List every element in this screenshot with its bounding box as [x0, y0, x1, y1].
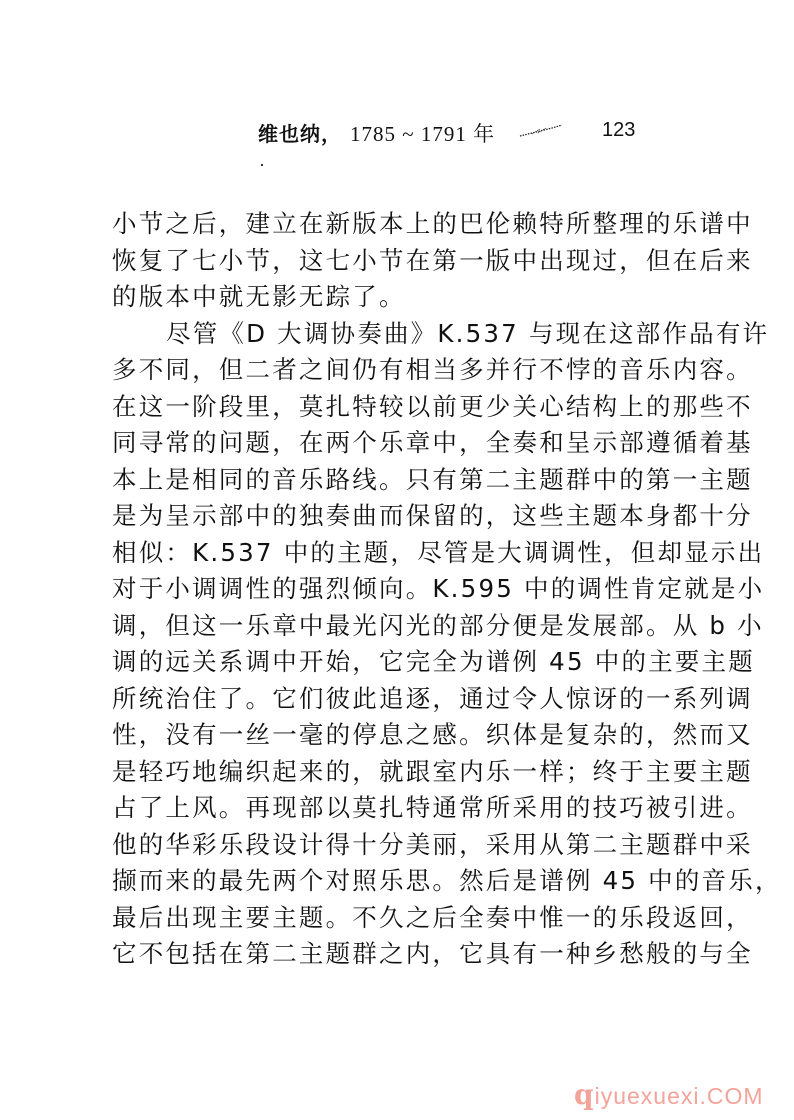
stray-dot-mark	[261, 164, 263, 166]
text-line: 它不包括在第二主题群之内，它具有一种乡愁般的与全	[112, 936, 686, 973]
text-line: 占了上风。再现部以莫扎特通常所采用的技巧被引进。	[112, 790, 686, 827]
text-line: 在这一阶段里，莫扎特较以前更少关心结构上的那些不	[112, 389, 686, 426]
paragraph-first-line: 尽管《D 大调协奏曲》K.537 与现在这部作品有许	[112, 316, 686, 353]
body-text: 小节之后，建立在新版本上的巴伦赖特所整理的乐谱中 恢复了七小节，这七小节在第一版…	[112, 206, 686, 973]
watermark-text: iyuexuexi.COM	[595, 1083, 764, 1109]
text-line: 所统治住了。它们彼此追逐，通过令人惊讶的一系列调	[112, 681, 686, 718]
text-line: 同寻常的问题，在两个乐章中，全奏和呈示部遵循着基	[112, 425, 686, 462]
running-title-years: 1785 ~ 1791 年	[350, 122, 495, 146]
text-line: 最后出现主要主题。不久之后全奏中惟一的乐段返回，	[112, 900, 686, 937]
text-line: 对于小调调性的强烈倾向。K.595 中的调性肯定就是小	[112, 571, 686, 608]
site-watermark: qiyuexuexi.COM	[574, 1078, 764, 1111]
text-line: 的版本中就无影无踪了。	[112, 279, 686, 316]
watermark-q-glyph: q	[574, 1078, 595, 1111]
text-line: 是轻巧地编织起来的，就跟室内乐一样；终于主要主题	[112, 754, 686, 791]
text-line: 相似：K.537 中的主题，尽管是大调调性，但却显示出	[112, 535, 686, 572]
running-title: 维也纳， 1785 ~ 1791 年	[258, 118, 495, 148]
text-line: 调，但这一乐章中最光闪光的部分便是发展部。从 b 小	[112, 608, 686, 645]
text-line: 调的远关系调中开始，它完全为谱例 45 中的主要主题	[112, 644, 686, 681]
text-line: 是为呈示部中的独奏曲而保留的，这些主题本身都十分	[112, 498, 686, 535]
text-line: 多不同，但二者之间仍有相当多并行不悖的音乐内容。	[112, 352, 686, 389]
text-line: 撷而来的最先两个对照乐思。然后是谱例 45 中的音乐，	[112, 863, 686, 900]
page-number: 123	[602, 119, 635, 142]
text-line: 本上是相同的音乐路线。只有第二主题群中的第一主题	[112, 462, 686, 499]
text-line: 小节之后，建立在新版本上的巴伦赖特所整理的乐谱中	[112, 206, 686, 243]
page-header: 维也纳， 1785 ~ 1791 年 123	[250, 118, 670, 148]
text-line: 恢复了七小节，这七小节在第一版中出现过，但在后来	[112, 243, 686, 280]
text-line: 性，没有一丝一毫的停息之感。织体是复杂的，然而又	[112, 717, 686, 754]
text-line: 他的华彩乐段设计得十分美丽，采用从第二主题群中采	[112, 827, 686, 864]
flourish-ornament-icon	[518, 124, 564, 138]
running-title-prefix: 维也纳，	[258, 122, 342, 146]
